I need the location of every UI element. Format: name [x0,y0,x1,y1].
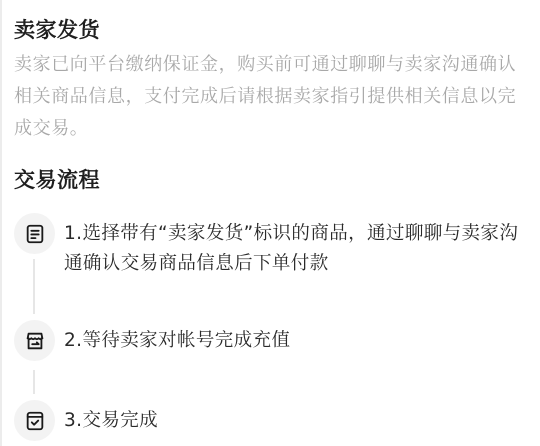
seller-shipping-description: 卖家已向平台缴纳保证金，购买前可通过聊聊与卖家沟通确认相关商品信息，支付完成后请… [14,49,529,145]
trade-flow-title: 交易流程 [14,165,100,195]
trade-step-1: 1.选择带有“卖家发货”标识的商品，通过聊聊与卖家沟通确认交易商品信息后下单付款 [14,213,534,273]
trade-step-3: 3.交易完成 [14,400,534,442]
trade-step-2: 2.等待卖家对帐号完成充值 [14,320,534,362]
left-edge-divider [0,0,2,446]
trade-step-2-text: 2.等待卖家对帐号完成充值 [64,326,534,356]
trade-step-1-text: 1.选择带有“卖家发货”标识的商品，通过聊聊与卖家沟通确认交易商品信息后下单付款 [64,219,534,279]
timeline-connector [33,370,35,394]
seller-shipping-title: 卖家发货 [14,15,100,45]
box-check-icon [14,400,55,441]
store-transfer-icon [14,320,55,361]
trade-step-3-text: 3.交易完成 [64,406,534,436]
document-list-icon [14,213,55,254]
